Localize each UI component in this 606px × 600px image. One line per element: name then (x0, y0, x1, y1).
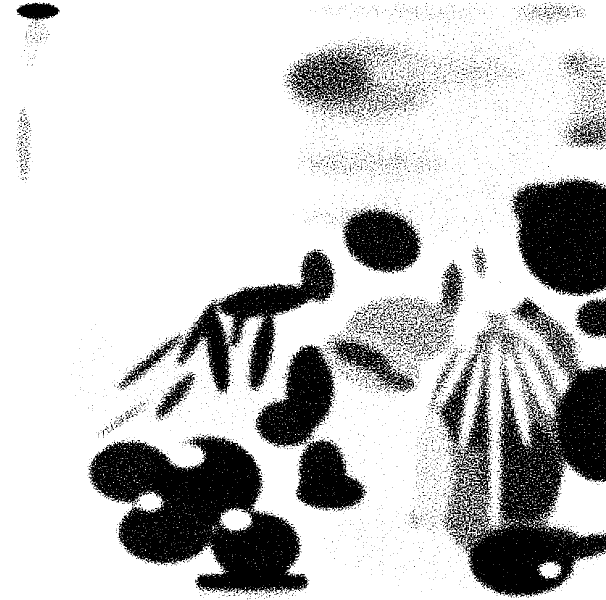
halftone-photo-figure (0, 0, 606, 600)
halftone-photo (0, 0, 606, 600)
photo-canvas (0, 0, 606, 600)
